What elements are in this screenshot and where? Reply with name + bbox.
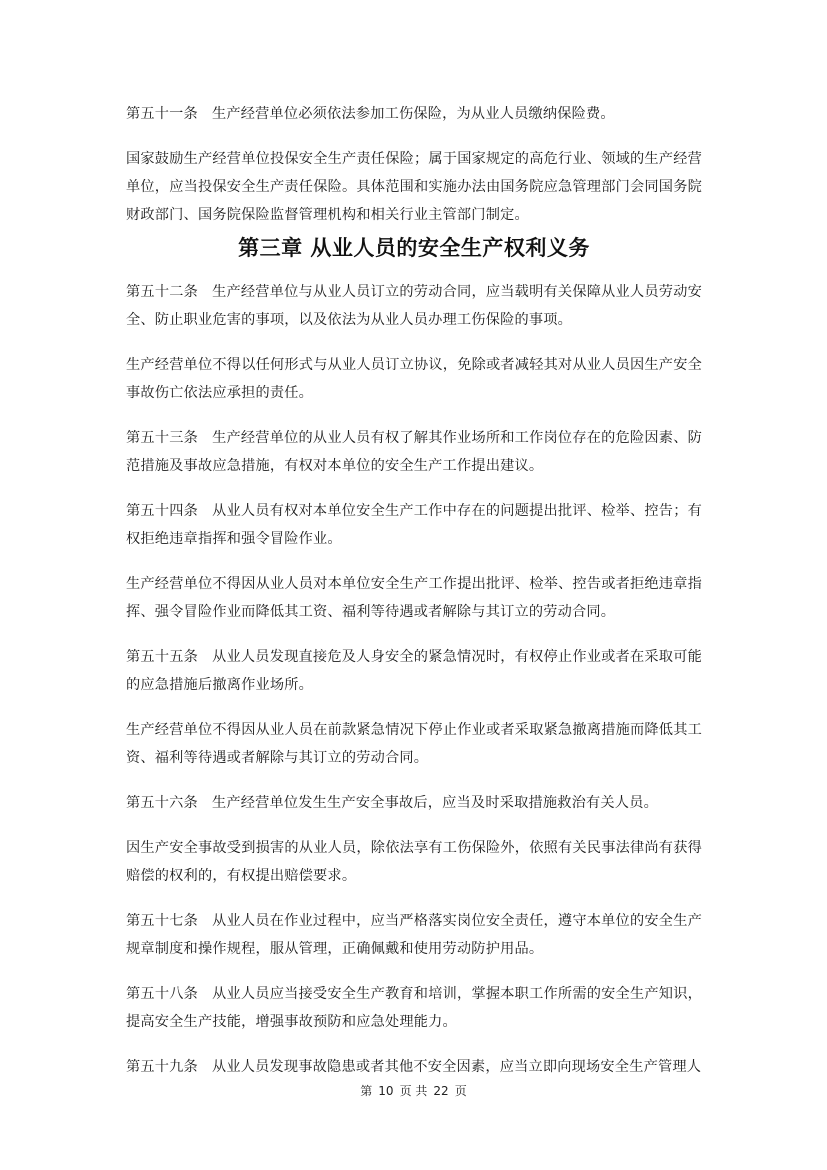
- article-text: 从业人员发现直接危及人身安全的紧急情况时，有权停止作业或者在采取可能的应急措施后…: [126, 649, 702, 693]
- article-55: 第五十五条从业人员发现直接危及人身安全的紧急情况时，有权停止作业或者在采取可能的…: [126, 643, 702, 699]
- chapter-title: 第三章 从业人员的安全生产权利义务: [126, 232, 702, 264]
- total-pages-number: 22: [433, 1084, 448, 1098]
- article-number: 第五十七条: [126, 913, 198, 929]
- article-number: 第五十四条: [126, 503, 198, 519]
- article-59: 第五十九条从业人员发现事故隐患或者其他不安全因素，应当立即向现场安全生产管理人: [126, 1053, 702, 1081]
- article-text: 从业人员在作业过程中，应当严格落实岗位安全责任，遵守本单位的安全生产规章制度和操…: [126, 913, 702, 957]
- current-page-number: 10: [378, 1084, 393, 1098]
- page-footer: 第10页 共22页: [0, 1082, 827, 1099]
- footer-prefix: 第: [360, 1084, 372, 1098]
- article-number: 第五十一条: [126, 106, 198, 122]
- article-text: 从业人员应当接受安全生产教育和培训，掌握本职工作所需的安全生产知识，提高安全生产…: [126, 986, 702, 1030]
- article-text: 从业人员有权对本单位安全生产工作中存在的问题提出批评、检举、控告；有权拒绝违章指…: [126, 503, 702, 547]
- article-text: 生产经营单位发生生产安全事故后，应当及时采取措施救治有关人员。: [212, 795, 658, 811]
- article-56-paragraph-2: 因生产安全事故受到损害的从业人员，除依法享有工伤保险外，依照有关民事法律尚有获得…: [126, 834, 702, 890]
- article-55-paragraph-2: 生产经营单位不得因从业人员在前款紧急情况下停止作业或者采取紧急撤离措施而降低其工…: [126, 716, 702, 772]
- article-number: 第五十二条: [126, 284, 198, 300]
- article-text: 生产经营单位与从业人员订立的劳动合同，应当载明有关保障从业人员劳动安全、防止职业…: [126, 284, 702, 328]
- article-text: 从业人员发现事故隐患或者其他不安全因素，应当立即向现场安全生产管理人: [212, 1059, 701, 1075]
- footer-middle: 页 共: [400, 1084, 428, 1098]
- article-52-paragraph-2: 生产经营单位不得以任何形式与从业人员订立协议，免除或者减轻其对从业人员因生产安全…: [126, 351, 702, 407]
- article-56: 第五十六条生产经营单位发生生产安全事故后，应当及时采取措施救治有关人员。: [126, 789, 702, 817]
- article-number: 第五十五条: [126, 649, 198, 665]
- paragraph-text: 国家鼓励生产经营单位投保安全生产责任保险；属于国家规定的高危行业、领域的生产经营…: [126, 151, 702, 223]
- footer-suffix: 页: [455, 1084, 467, 1098]
- article-51-paragraph-2: 国家鼓励生产经营单位投保安全生产责任保险；属于国家规定的高危行业、领域的生产经营…: [126, 145, 702, 229]
- article-53: 第五十三条生产经营单位的从业人员有权了解其作业场所和工作岗位存在的危险因素、防范…: [126, 424, 702, 480]
- article-number: 第五十八条: [126, 986, 198, 1002]
- article-number: 第五十六条: [126, 795, 198, 811]
- article-58: 第五十八条从业人员应当接受安全生产教育和培训，掌握本职工作所需的安全生产知识，提…: [126, 980, 702, 1036]
- article-number: 第五十九条: [126, 1059, 198, 1075]
- paragraph-text: 生产经营单位不得因从业人员在前款紧急情况下停止作业或者采取紧急撤离措施而降低其工…: [126, 722, 702, 766]
- document-page: 第五十一条生产经营单位必须依法参加工伤保险，为从业人员缴纳保险费。 国家鼓励生产…: [0, 0, 827, 1170]
- paragraph-text: 生产经营单位不得因从业人员对本单位安全生产工作提出批评、检举、控告或者拒绝违章指…: [126, 576, 702, 620]
- article-number: 第五十三条: [126, 430, 198, 446]
- article-54: 第五十四条从业人员有权对本单位安全生产工作中存在的问题提出批评、检举、控告；有权…: [126, 497, 702, 553]
- article-54-paragraph-2: 生产经营单位不得因从业人员对本单位安全生产工作提出批评、检举、控告或者拒绝违章指…: [126, 570, 702, 626]
- article-57: 第五十七条从业人员在作业过程中，应当严格落实岗位安全责任，遵守本单位的安全生产规…: [126, 907, 702, 963]
- article-text: 生产经营单位必须依法参加工伤保险，为从业人员缴纳保险费。: [212, 106, 615, 122]
- paragraph-text: 生产经营单位不得以任何形式与从业人员订立协议，免除或者减轻其对从业人员因生产安全…: [126, 357, 702, 401]
- page-content: 第五十一条生产经营单位必须依法参加工伤保险，为从业人员缴纳保险费。 国家鼓励生产…: [126, 100, 702, 1098]
- article-text: 生产经营单位的从业人员有权了解其作业场所和工作岗位存在的危险因素、防范措施及事故…: [126, 430, 702, 474]
- paragraph-text: 因生产安全事故受到损害的从业人员，除依法享有工伤保险外，依照有关民事法律尚有获得…: [126, 840, 702, 884]
- article-52: 第五十二条生产经营单位与从业人员订立的劳动合同，应当载明有关保障从业人员劳动安全…: [126, 278, 702, 334]
- article-51: 第五十一条生产经营单位必须依法参加工伤保险，为从业人员缴纳保险费。: [126, 100, 702, 128]
